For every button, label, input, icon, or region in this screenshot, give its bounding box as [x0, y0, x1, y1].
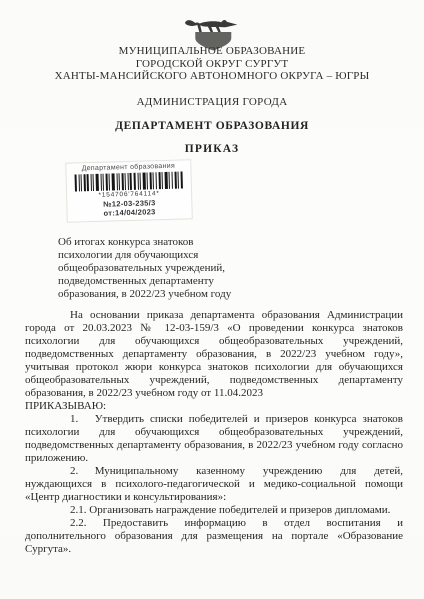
order-keyword: ПРИКАЗЫВАЮ:: [25, 400, 403, 413]
barcode: [75, 171, 183, 191]
document-type-title: ПРИКАЗ: [0, 143, 424, 155]
municipal-line-1: МУНИЦИПАЛЬНОЕ ОБРАЗОВАНИЕ: [0, 45, 424, 58]
municipal-line-3: ХАНТЫ-МАНСИЙСКОГО АВТОНОМНОГО ОКРУГА – Ю…: [0, 70, 424, 83]
order-clause-2-2: 2.2. Предоставить информацию в отдел вос…: [25, 517, 403, 556]
municipal-line-2: ГОРОДСКОЙ ОКРУГ СУРГУТ: [0, 58, 424, 71]
stamp-date: от:14/04/2023: [71, 206, 187, 218]
order-body: На основании приказа департамента образо…: [25, 309, 403, 556]
preamble-paragraph: На основании приказа департамента образо…: [25, 309, 403, 400]
subject-block: Об итогах конкурса знатоков психологии д…: [58, 236, 268, 301]
administration-title: АДМИНИСТРАЦИЯ ГОРОДА: [0, 96, 424, 108]
registration-stamp: Департамент образования *154706'764114* …: [65, 159, 193, 222]
order-clause-1: 1. Утвердить списки победителей и призер…: [25, 413, 403, 465]
document-page: МУНИЦИПАЛЬНОЕ ОБРАЗОВАНИЕ ГОРОДСКОЙ ОКРУ…: [0, 0, 424, 599]
department-title: ДЕПАРТАМЕНТ ОБРАЗОВАНИЯ: [0, 120, 424, 132]
order-clause-2-1: 2.1. Организовать награждение победителе…: [25, 504, 403, 517]
order-clause-2: 2. Муниципальному казенному учреждению д…: [25, 465, 403, 504]
municipal-header: МУНИЦИПАЛЬНОЕ ОБРАЗОВАНИЕ ГОРОДСКОЙ ОКРУ…: [0, 45, 424, 83]
